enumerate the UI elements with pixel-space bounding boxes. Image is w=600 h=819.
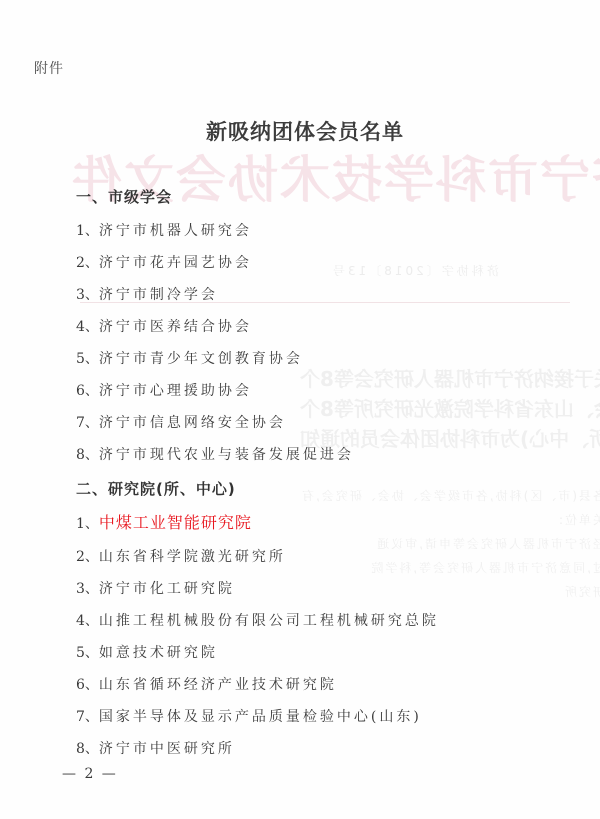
list-item: 7、济宁市信息网络安全协会	[76, 412, 286, 432]
page-number: — 2 —	[62, 766, 118, 782]
item-name: 济宁市青少年文创教育协会	[99, 351, 303, 367]
list-item: 8、济宁市现代农业与装备发展促进会	[76, 444, 354, 464]
item-name: 山东省科学院激光研究所	[99, 549, 286, 565]
item-name: 山东省循环经济产业技术研究院	[99, 677, 337, 693]
item-name: 济宁市化工研究院	[99, 581, 235, 597]
bleed-title-line: 关于接纳济宁市机器人研究会等8个	[300, 364, 600, 394]
bleed-through-body: 各县(市、区)科协,各市级学会、协会、研究会,有 关单位: 经济宁市机器人研究会…	[300, 484, 600, 604]
list-item: 7、国家半导体及显示产品质量检验中心(山东)	[76, 706, 422, 726]
item-number: 5、	[76, 645, 99, 661]
item-name: 济宁市心理援助协会	[99, 383, 252, 399]
item-name: 济宁市花卉园艺协会	[99, 255, 252, 271]
list-item: 2、济宁市花卉园艺协会	[76, 252, 252, 272]
item-number: 4、	[76, 613, 99, 629]
item-number: 2、	[76, 549, 99, 565]
item-name: 中煤工业智能研究院	[99, 513, 252, 532]
bleed-title-line: 市级学会、山东省科学院激光研究所等8个	[300, 394, 600, 424]
list-item: 3、济宁市化工研究院	[76, 578, 235, 598]
list-item: 6、山东省循环经济产业技术研究院	[76, 674, 337, 694]
list-item: 4、济宁市医养结合协会	[76, 316, 252, 336]
item-number: 8、	[76, 447, 99, 463]
item-number: 7、	[76, 709, 99, 725]
item-number: 1、	[76, 223, 99, 239]
item-name: 济宁市中医研究所	[99, 741, 235, 757]
attachment-label: 附件	[34, 58, 64, 78]
item-name: 济宁市现代农业与装备发展促进会	[99, 447, 354, 463]
item-number: 8、	[76, 741, 99, 757]
document-page: 济宁市科学技术协会文件 济科协字〔2018〕13号 关于接纳济宁市机器人研究会等…	[0, 0, 600, 819]
list-item: 1、济宁市机器人研究会	[76, 220, 252, 240]
item-name: 如意技术研究院	[99, 645, 218, 661]
item-name: 济宁市信息网络安全协会	[99, 415, 286, 431]
section-heading-research-institutes: 二、研究院(所、中心)	[76, 478, 236, 499]
item-number: 6、	[76, 383, 99, 399]
bleed-body-line: 各县(市、区)科协,各市级学会、协会、研究会,有	[300, 484, 600, 508]
list-item: 3、济宁市制冷学会	[76, 284, 218, 304]
list-item-highlighted: 1、中煤工业智能研究院	[76, 510, 252, 533]
list-item: 6、济宁市心理援助协会	[76, 380, 252, 400]
bleed-body-line: 研究所	[300, 580, 600, 604]
item-name: 济宁市医养结合协会	[99, 319, 252, 335]
item-number: 1、	[76, 516, 99, 532]
list-item: 5、济宁市青少年文创教育协会	[76, 348, 303, 368]
document-title: 新吸纳团体会员名单	[0, 116, 600, 146]
item-name: 济宁市制冷学会	[99, 287, 218, 303]
list-item: 8、济宁市中医研究所	[76, 738, 235, 758]
item-number: 5、	[76, 351, 99, 367]
item-number: 4、	[76, 319, 99, 335]
list-item: 2、山东省科学院激光研究所	[76, 546, 286, 566]
list-item: 4、山推工程机械股份有限公司工程机械研究总院	[76, 610, 439, 630]
item-number: 6、	[76, 677, 99, 693]
bleed-body-line: 经济宁市机器人研究会等申请,审议通	[300, 532, 600, 556]
item-number: 2、	[76, 255, 99, 271]
list-item: 5、如意技术研究院	[76, 642, 218, 662]
item-name: 济宁市机器人研究会	[99, 223, 252, 239]
bleed-through-title: 关于接纳济宁市机器人研究会等8个 市级学会、山东省科学院激光研究所等8个 研究院…	[300, 364, 600, 454]
item-name: 国家半导体及显示产品质量检验中心(山东)	[99, 709, 422, 725]
bleed-through-doc-number: 济科协字〔2018〕13号	[330, 262, 499, 279]
item-number: 3、	[76, 287, 99, 303]
bleed-body-line: 关单位:	[300, 508, 600, 532]
item-number: 7、	[76, 415, 99, 431]
item-number: 3、	[76, 581, 99, 597]
section-heading-municipal-societies: 一、市级学会	[76, 186, 172, 207]
item-name: 山推工程机械股份有限公司工程机械研究总院	[99, 613, 439, 629]
bleed-body-line: 过,同意济宁市机器人研究会等,科学院	[300, 556, 600, 580]
